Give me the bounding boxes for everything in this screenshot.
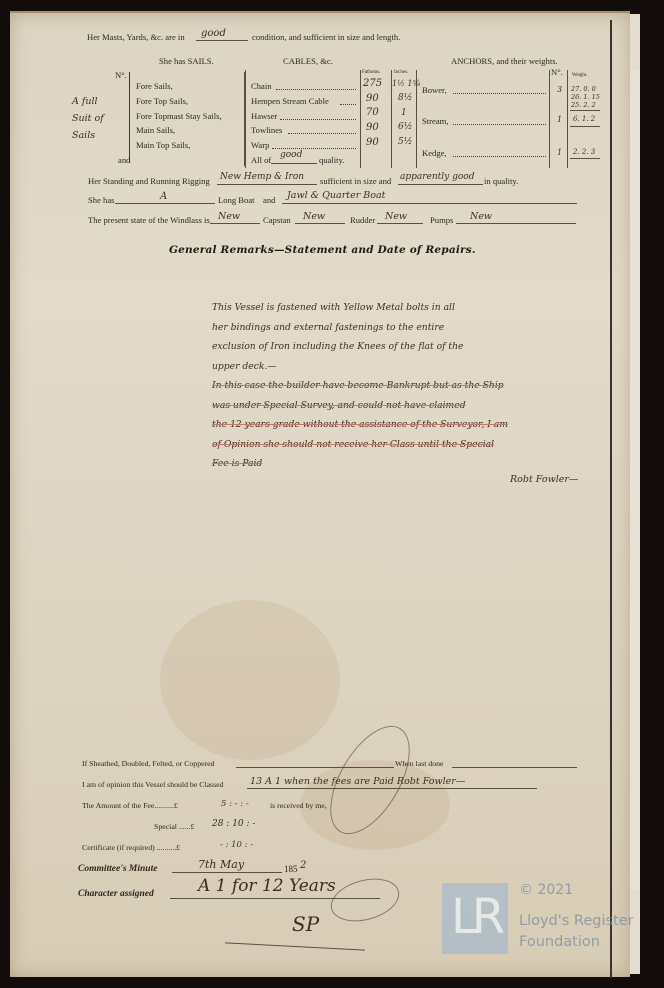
margin-rule xyxy=(610,20,612,978)
watermark-org-line1: Lloyd's Register xyxy=(519,913,634,929)
certificate-label: Certificate (if required) ..........£ xyxy=(82,843,180,852)
anchor-no: 3 xyxy=(557,85,562,94)
windlass-label: The present state of the Windlass is xyxy=(88,215,210,225)
leader-dots xyxy=(276,89,356,90)
minute-underline xyxy=(172,872,282,873)
cables-fathoms-rule xyxy=(360,70,361,168)
lr-logo-icon: LR xyxy=(442,883,508,954)
anchors-weight-rule xyxy=(567,70,568,168)
weight-underline xyxy=(570,158,600,159)
anchors-no-header: N°. xyxy=(551,67,563,77)
sail-item: Main Sails, xyxy=(136,125,175,135)
anchor-weight: 6. 1. 2 xyxy=(573,115,595,123)
rigging-value-2: apparently good xyxy=(400,172,474,182)
struck-remarks-line: In this case the builder have become Ban… xyxy=(212,376,602,396)
anchors-weight-header: Weight. xyxy=(572,73,588,78)
fee-label: The Amount of the Fee..........£ xyxy=(82,801,178,810)
all-of-value: good xyxy=(280,150,302,160)
windlass-value: New xyxy=(218,211,240,222)
sail-item: Fore Topmast Stay Sails, xyxy=(136,111,222,121)
inches-col-header: Inches. xyxy=(394,70,408,75)
boats-label: She has xyxy=(88,195,115,205)
watermark-org-line2: Foundation xyxy=(519,934,600,950)
anchors-header: ANCHORS, and their weights. xyxy=(451,56,558,66)
boats-value-2: Jawl & Quarter Boat xyxy=(287,190,385,201)
all-of-underline xyxy=(271,163,317,164)
cable-label: Hempen Stream Cable xyxy=(251,96,329,106)
rigging-middle: sufficient in size and xyxy=(320,176,391,186)
leader-dots xyxy=(280,119,356,120)
long-boat-label: Long Boat xyxy=(218,195,255,205)
boats-underline xyxy=(115,203,215,204)
fathoms-col-header: Fathoms. xyxy=(362,70,380,75)
cable-label: Hawser xyxy=(251,111,277,121)
sails-no-label: N°. xyxy=(115,70,127,80)
leader-dots xyxy=(340,104,356,105)
character-value: A 1 for 12 Years xyxy=(198,876,336,896)
classed-label: I am of opinion this Vessel should be Cl… xyxy=(82,780,224,789)
capstan-label: Capstan xyxy=(263,215,291,225)
rigging-underline xyxy=(217,184,317,185)
sails-note-line2: Suit of xyxy=(72,113,104,124)
weight-underline xyxy=(570,126,600,127)
sheathed-label: If Sheathed, Doubled, Felted, or Coppere… xyxy=(82,759,215,768)
anchor-weight: 27. 0. 0 xyxy=(571,85,596,93)
cables-header: CABLES, &c. xyxy=(283,56,333,66)
lr-logo-letters: LR xyxy=(442,889,508,945)
capstan-value: New xyxy=(303,211,325,222)
weight-underline xyxy=(570,110,600,111)
windlass-underline xyxy=(210,223,260,224)
masts-value: good xyxy=(201,28,226,39)
cable-fathoms: 70 xyxy=(366,107,379,118)
pumps-underline xyxy=(456,223,576,224)
leader-dots xyxy=(453,124,546,125)
special-fee-value: 28 : 10 : - xyxy=(212,819,255,829)
boats-underline-2 xyxy=(282,203,577,204)
pumps-value: New xyxy=(470,211,492,222)
minute-year-hand: 2 xyxy=(300,860,306,871)
cable-fathoms: 90 xyxy=(366,137,379,148)
masts-label: Her Masts, Yards, &c. are in xyxy=(87,32,185,42)
sails-header: She has SAILS. xyxy=(159,56,214,66)
remarks-line: her bindings and external fastenings to … xyxy=(212,318,602,338)
anchor-weight: 2. 2. 3 xyxy=(573,148,595,156)
rigging-underline-2 xyxy=(398,184,483,185)
struck-remarks-line: of Opinion she should not receive her Cl… xyxy=(212,435,602,455)
fee-value: 5 : - : - xyxy=(221,799,249,809)
sail-item: Main Top Sails, xyxy=(136,140,190,150)
special-fee-label: Special ......£ xyxy=(154,822,195,831)
boats-and-label: and xyxy=(263,195,275,205)
remarks-body: This Vessel is fastened with Yellow Meta… xyxy=(212,298,602,474)
struck-remarks-line: was under Special Survey, and could not … xyxy=(212,396,602,416)
surveyor-signature: Robt Fowler— xyxy=(510,474,578,485)
capstan-underline xyxy=(295,223,345,224)
sail-item: Fore Top Sails, xyxy=(136,96,188,106)
anchors-no-rule xyxy=(549,70,550,168)
leader-dots xyxy=(453,93,546,94)
cables-left-rule xyxy=(245,70,246,168)
remarks-line: exclusion of Iron including the Knees of… xyxy=(212,337,602,357)
sails-divider xyxy=(129,72,130,162)
character-assigned-label: Character assigned xyxy=(78,889,154,899)
anchor-label: Kedge, xyxy=(422,148,447,158)
anchor-weight: 25. 2. 2 xyxy=(571,101,596,109)
anchor-no: 1 xyxy=(557,148,562,157)
all-of-suffix: quality. xyxy=(319,155,344,165)
last-done-underline xyxy=(452,767,577,768)
all-of-label: All of xyxy=(251,155,271,165)
certificate-value: - : 10 : - xyxy=(220,840,253,850)
struck-remarks-line: Fee is Paid xyxy=(212,454,302,474)
rudder-value: New xyxy=(385,211,407,222)
fee-suffix: is received by me, xyxy=(270,801,327,810)
rudder-label: Rudder xyxy=(350,215,375,225)
sails-note-line3: Sails xyxy=(72,130,95,141)
cable-label: Chain xyxy=(251,81,272,91)
watermark-copyright: © 2021 xyxy=(519,882,573,898)
cable-fathoms: 90 xyxy=(366,93,379,104)
cable-inches: 6½ xyxy=(398,122,412,132)
masts-underline xyxy=(196,40,248,41)
committee-minute-label: Committee's Minute xyxy=(78,864,157,874)
remarks-line: This Vessel is fastened with Yellow Meta… xyxy=(212,298,602,318)
minute-value: 7th May xyxy=(198,858,244,871)
cable-label: Towlines xyxy=(251,125,282,135)
initials-signature: SP xyxy=(292,912,319,936)
anchor-weight: 26. 1. 15 xyxy=(571,93,600,101)
leader-dots xyxy=(272,148,356,149)
water-stain xyxy=(160,600,340,760)
sails-note-line1: A full xyxy=(72,96,98,107)
pumps-label: Pumps xyxy=(430,215,453,225)
cable-inches: 8½ xyxy=(398,93,412,103)
boats-value: A xyxy=(160,191,167,202)
rigging-suffix: in quality. xyxy=(484,176,518,186)
general-remarks-heading: General Remarks—Statement and Date of Re… xyxy=(169,244,476,256)
cable-inches: 5½ xyxy=(398,137,412,147)
cable-fathoms: 90 xyxy=(366,122,379,133)
sail-item: Fore Sails, xyxy=(136,81,173,91)
minute-year-printed: 185 xyxy=(284,864,298,874)
remarks-line: upper deck.— xyxy=(212,357,602,377)
anchor-label: Stream, xyxy=(422,116,449,126)
anchor-no: 1 xyxy=(557,115,562,124)
rudder-underline xyxy=(377,223,423,224)
rigging-value: New Hemp & Iron xyxy=(220,172,304,182)
cable-fathoms: 275 xyxy=(363,78,382,89)
cable-label: Warp xyxy=(251,140,269,150)
cable-inches: 1 xyxy=(401,108,407,118)
leader-dots xyxy=(453,156,546,157)
cable-inches: 1½ 1⅝ xyxy=(392,79,420,88)
struck-remarks-line: the 12 years grade without the assistanc… xyxy=(212,415,602,435)
sails-and-label: and xyxy=(118,155,130,165)
masts-suffix: condition, and sufficient in size and le… xyxy=(252,32,400,42)
anchor-label: Bower, xyxy=(422,85,447,95)
rigging-label: Her Standing and Running Rigging xyxy=(88,176,210,186)
leader-dots xyxy=(288,133,356,134)
